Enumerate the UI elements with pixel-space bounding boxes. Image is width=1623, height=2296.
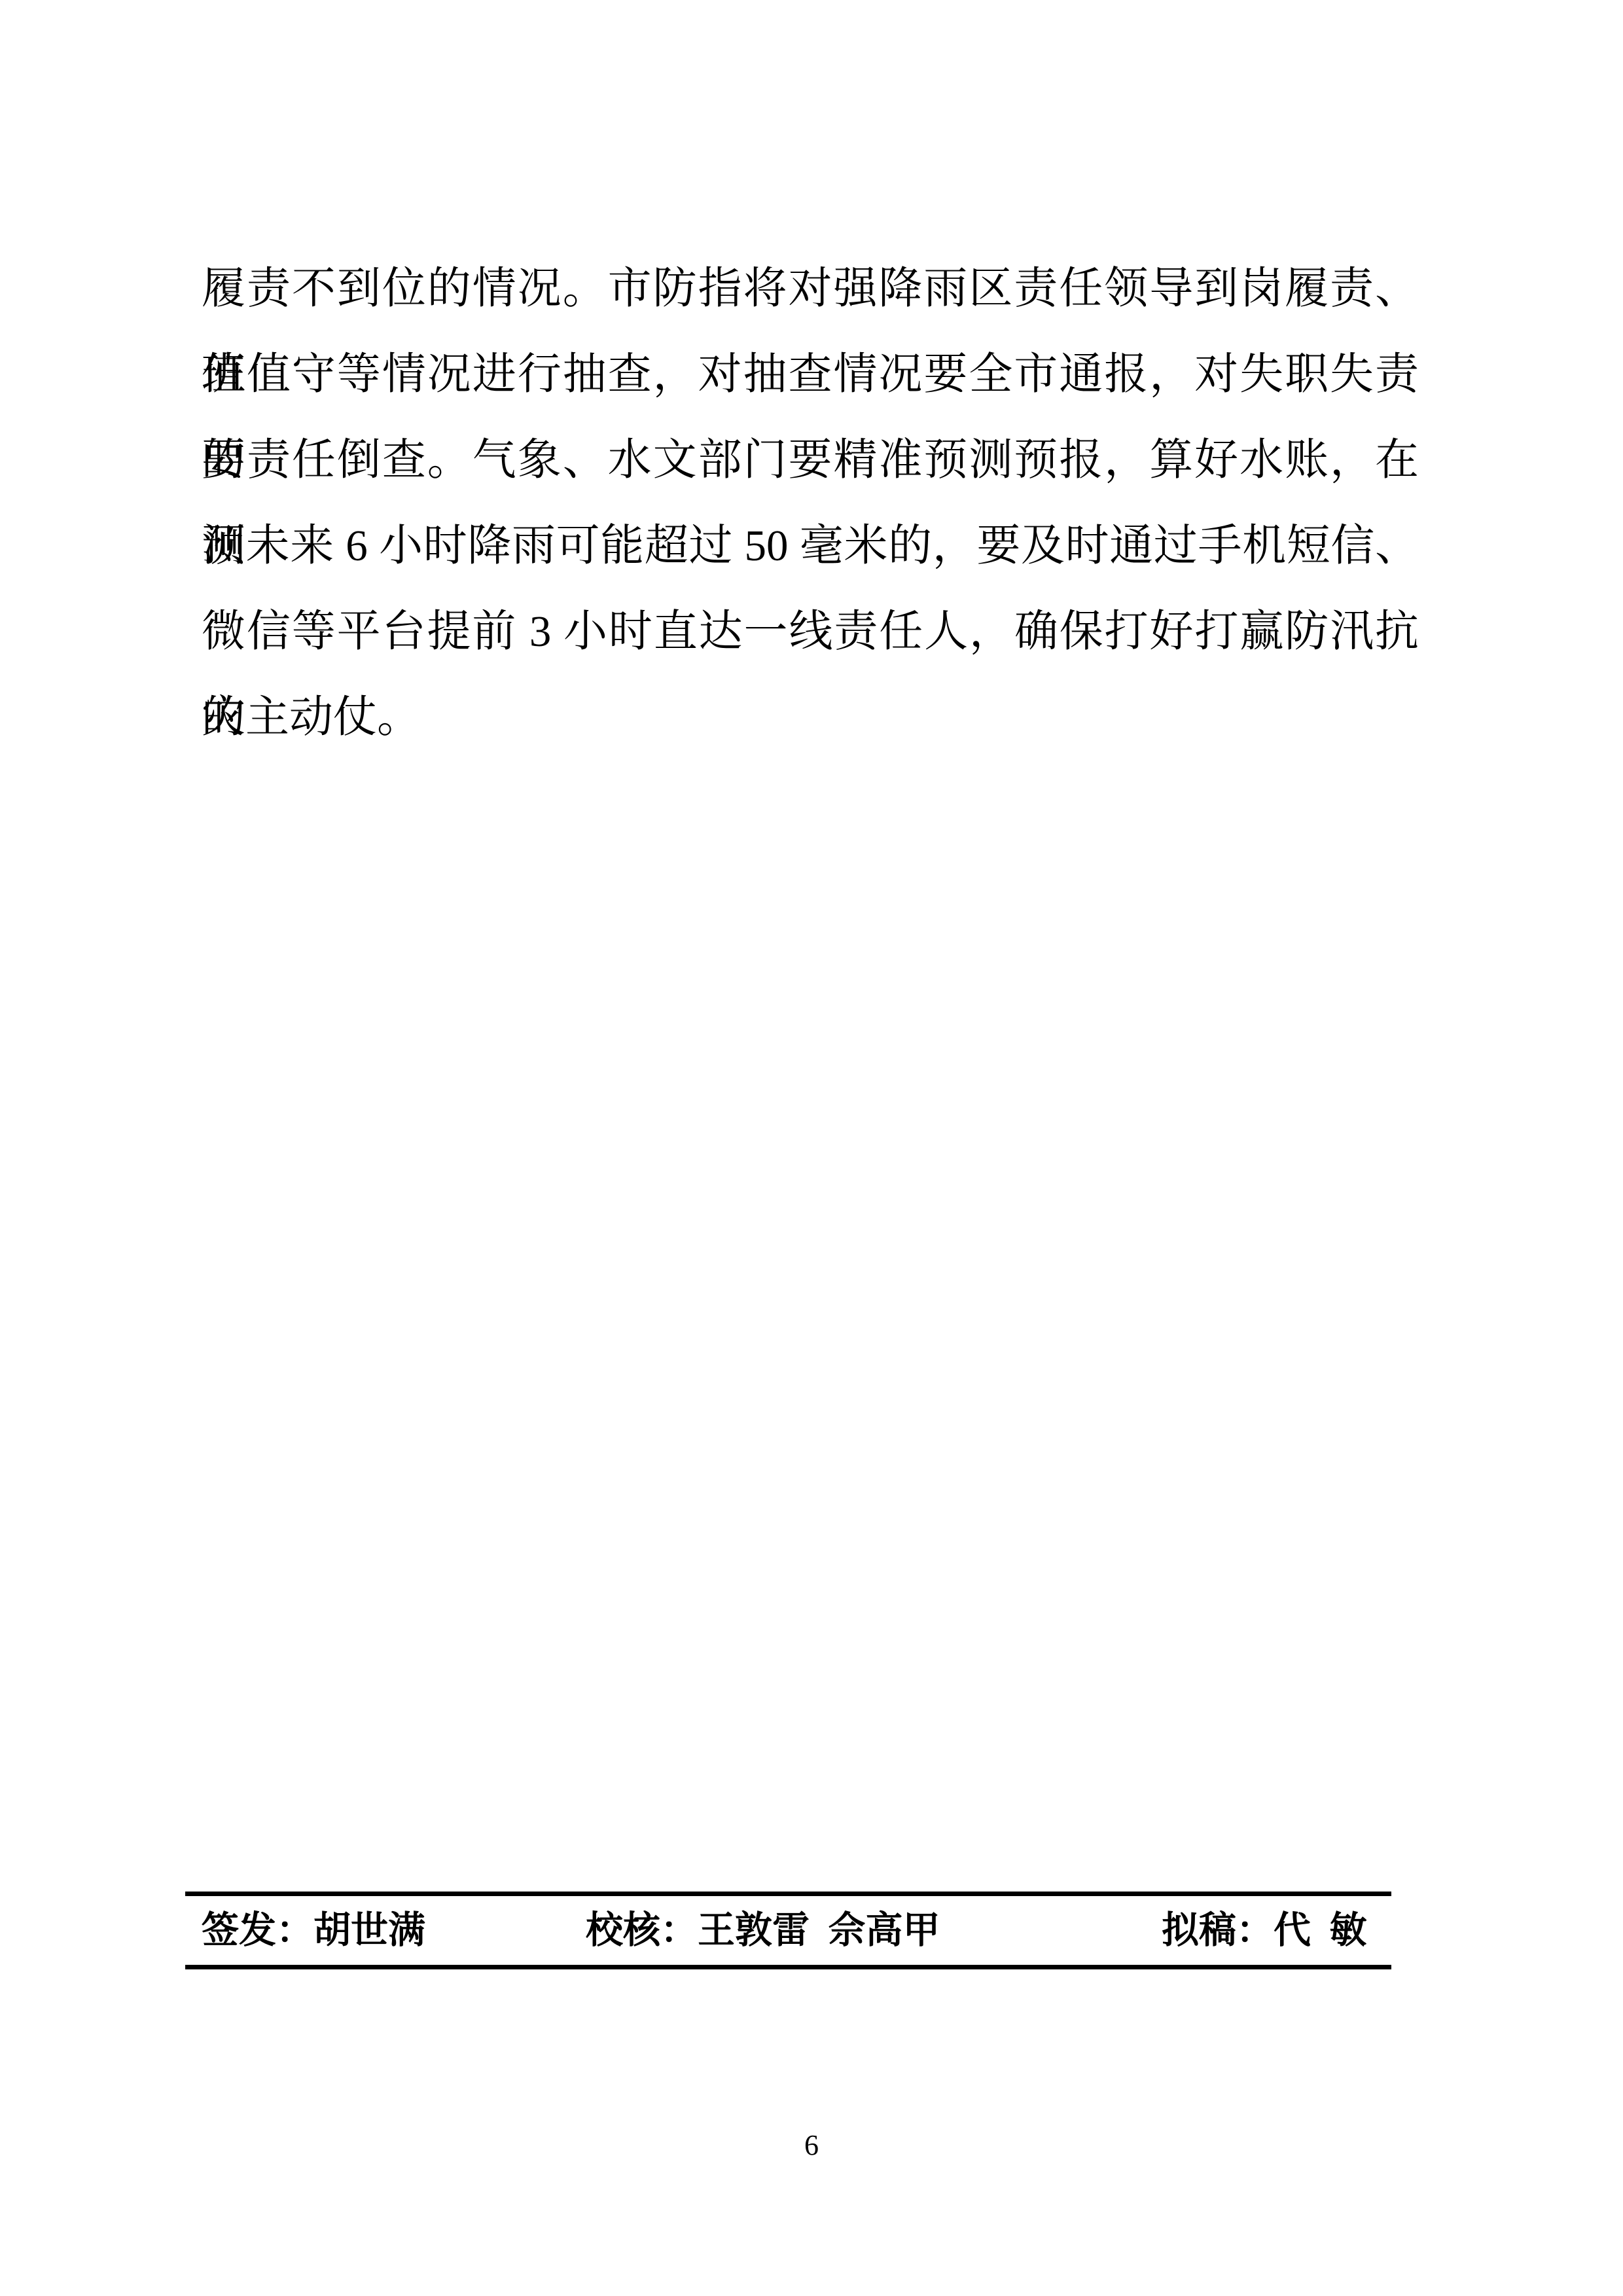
body-line: 测未来 6 小时降雨可能超过 50 毫米的，要及时通过手机短信、 bbox=[202, 503, 1419, 589]
body-line: 的主动仗。 bbox=[202, 675, 1419, 761]
drafter-name: 代 敏 bbox=[1274, 1910, 1367, 1951]
body-line: 班值守等情况进行抽查，对抽查情况要全市通报，对失职失责的 bbox=[202, 332, 1419, 418]
reviewer-names: 王敦雷 佘高甲 bbox=[698, 1910, 940, 1951]
drafter-label: 拟稿： bbox=[1162, 1910, 1274, 1951]
footer-reviewer: 校核：王敦雷 佘高甲 bbox=[586, 1899, 940, 1962]
body-line: 履责不到位的情况。市防指将对强降雨区责任领导到岗履责、值 bbox=[202, 246, 1419, 332]
issuer-label: 签发： bbox=[202, 1910, 313, 1951]
reviewer-label: 校核： bbox=[586, 1910, 698, 1951]
footer-drafter: 拟稿：代 敏 bbox=[1162, 1899, 1367, 1962]
page-number: 6 bbox=[0, 2126, 1623, 2165]
footer-issuer: 签发：胡世满 bbox=[202, 1899, 425, 1962]
document-page: 履责不到位的情况。市防指将对强降雨区责任领导到岗履责、值 班值守等情况进行抽查，… bbox=[0, 0, 1623, 2296]
issuer-name: 胡世满 bbox=[313, 1910, 425, 1951]
body-line: 要责任倒查。气象、水文部门要精准预测预报，算好水账，在预 bbox=[202, 418, 1419, 503]
body-paragraph: 履责不到位的情况。市防指将对强降雨区责任领导到岗履责、值 班值守等情况进行抽查，… bbox=[202, 246, 1419, 761]
footer-signoff-row: 签发：胡世满 校核：王敦雷 佘高甲 拟稿：代 敏 bbox=[185, 1899, 1391, 1962]
footer-divider-bottom bbox=[185, 1965, 1391, 1969]
body-line: 微信等平台提前 3 小时直达一线责任人，确保打好打赢防汛抗灾 bbox=[202, 589, 1419, 675]
footer-divider-top bbox=[185, 1892, 1391, 1896]
